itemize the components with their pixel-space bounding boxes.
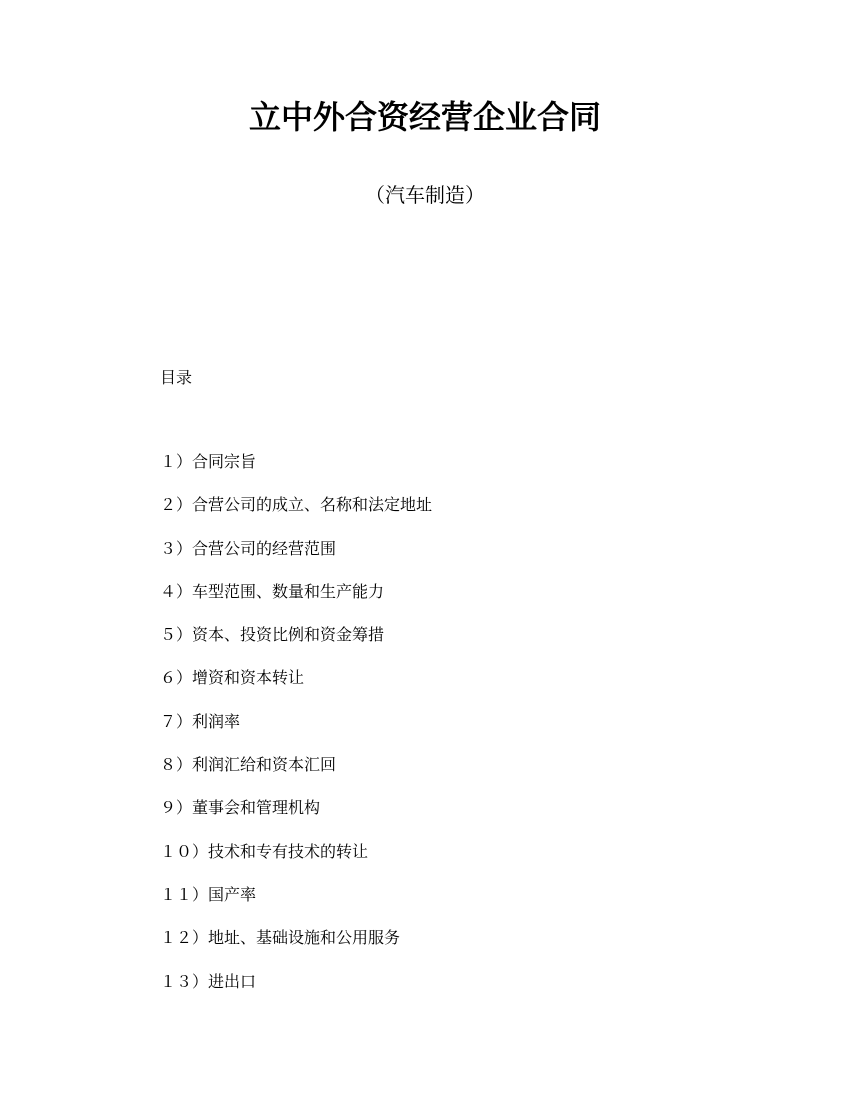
- toc-heading: 目录: [160, 369, 192, 389]
- toc-item-12: １２）地址、基础设施和公用服务: [160, 929, 750, 972]
- document-page: 立中外合资经营企业合同 （汽车制造） 目录 １）合同宗旨 ２）合营公司的成立、名…: [0, 0, 850, 1100]
- toc-item-2: ２）合营公司的成立、名称和法定地址: [160, 496, 750, 539]
- toc-item-13: １３）进出口: [160, 973, 750, 1016]
- document-title: 立中外合资经营企业合同: [0, 94, 850, 140]
- toc-item-1: １）合同宗旨: [160, 453, 750, 496]
- document-subtitle: （汽车制造）: [0, 182, 850, 210]
- toc-item-10: １０）技术和专有技术的转让: [160, 843, 750, 886]
- toc-item-4: ４）车型范围、数量和生产能力: [160, 583, 750, 626]
- toc-list: １）合同宗旨 ２）合营公司的成立、名称和法定地址 ３）合营公司的经营范围 ４）车…: [160, 453, 750, 1016]
- toc-item-9: ９）董事会和管理机构: [160, 799, 750, 842]
- toc-item-8: ８）利润汇给和资本汇回: [160, 756, 750, 799]
- toc-item-7: ７）利润率: [160, 713, 750, 756]
- toc-item-5: ５）资本、投资比例和资金筹措: [160, 626, 750, 669]
- toc-item-3: ３）合营公司的经营范围: [160, 540, 750, 583]
- toc-item-11: １１）国产率: [160, 886, 750, 929]
- toc-item-6: ６）增资和资本转让: [160, 669, 750, 712]
